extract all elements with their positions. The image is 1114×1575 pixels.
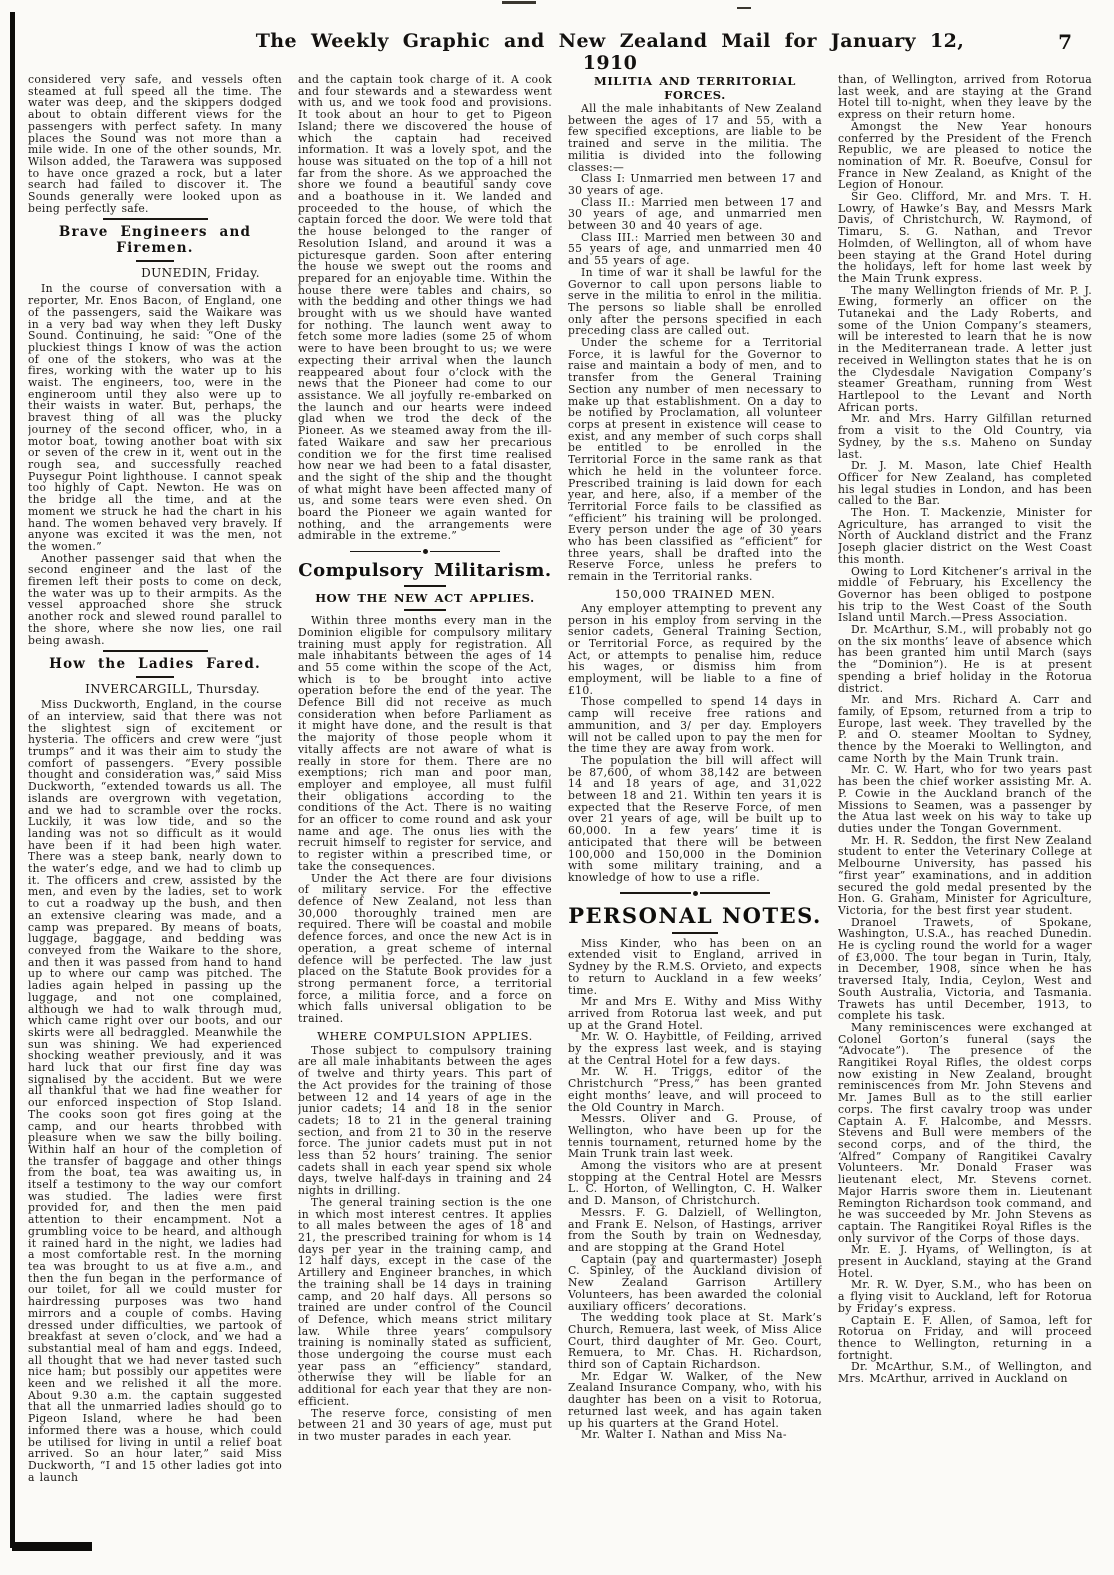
heading-rule xyxy=(136,676,174,678)
article-paragraph: considered very safe, and vessels often … xyxy=(28,74,282,214)
sub-heading: WHERE COMPULSION APPLIES. xyxy=(298,1029,552,1043)
article-paragraph: Dr. McArthur, S.M., will probably not go… xyxy=(838,624,1092,694)
article-paragraph: Dr. McArthur, S.M., of Wellington, and M… xyxy=(838,1361,1092,1384)
dateline: DUNEDIN, Friday. xyxy=(28,266,282,280)
newspaper-page: The Weekly Graphic and New Zealand Mail … xyxy=(0,0,1114,1575)
article-paragraph: In the course of conversation with a rep… xyxy=(28,283,282,552)
article-paragraph: Captain (pay and quartermaster) Joseph C… xyxy=(568,1254,822,1313)
article-paragraph: Mr. H. R. Seddon, the first New Zealand … xyxy=(838,835,1092,917)
section-heading: Brave Engineers and Firemen. xyxy=(28,224,282,256)
article-paragraph: Class II.: Married men between 17 and 30… xyxy=(568,197,822,232)
article-paragraph: Under the Act there are four divisions o… xyxy=(298,873,552,1025)
article-paragraph: Miss Duckworth, England, in the course o… xyxy=(28,699,282,1483)
article-paragraph: Those compelled to spend 14 days in camp… xyxy=(568,696,822,755)
article-paragraph: Captain E. F. Allen, of Samoa, left for … xyxy=(838,1315,1092,1362)
scan-artifact xyxy=(502,1,536,4)
article-paragraph: Mr and Mrs E. Withy and Miss Withy arriv… xyxy=(568,996,822,1031)
section-divider xyxy=(350,549,500,554)
article-paragraph: and the captain took charge of it. A coo… xyxy=(298,74,552,542)
section-divider xyxy=(620,891,770,896)
dateline: INVERCARGILL, Thursday. xyxy=(28,682,282,696)
article-paragraph: Miss Kinder, who has been on an extended… xyxy=(568,938,822,997)
article-paragraph: All the male inhabitants of New Zealand … xyxy=(568,103,822,173)
article-paragraph: Mr. W. H. Triggs, editor of the Christch… xyxy=(568,1066,822,1113)
scan-artifact xyxy=(737,7,751,9)
article-paragraph: Within three months every man in the Dom… xyxy=(298,615,552,872)
heading-rule xyxy=(404,609,446,611)
article-paragraph: Mr. and Mrs. Harry Gilfillan returned fr… xyxy=(838,413,1092,460)
article-paragraph: Those subject to compulsory training are… xyxy=(298,1045,552,1197)
article-paragraph: Dr. J. M. Mason, late Chief Health Offic… xyxy=(838,460,1092,507)
article-paragraph: Mr. R. W. Dyer, S.M., who has been on a … xyxy=(838,1279,1092,1314)
heading-rule xyxy=(103,218,208,220)
article-paragraph: The many Wellington friends of Mr. P. J.… xyxy=(838,285,1092,414)
sub-heading: HOW THE NEW ACT APPLIES. xyxy=(298,591,552,605)
article-paragraph: In time of war it shall be lawful for th… xyxy=(568,267,822,337)
article-paragraph: Owing to Lord Kitchener’s arrival in the… xyxy=(838,566,1092,625)
masthead-title: The Weekly Graphic and New Zealand Mail … xyxy=(240,30,980,74)
article-paragraph: Mr. E. J. Hyams, of Wellington, is at pr… xyxy=(838,1244,1092,1279)
article-paragraph: Among the visitors who are at present st… xyxy=(568,1160,822,1207)
article-paragraph: Many reminiscences were exchanged at Col… xyxy=(838,1022,1092,1244)
article-paragraph: Mr. Walter I. Nathan and Miss Na- xyxy=(568,1429,822,1441)
article-title: Compulsory Militarism. xyxy=(298,560,552,581)
article-title: PERSONAL NOTES. xyxy=(568,903,822,928)
heading-rule xyxy=(136,260,174,262)
article-paragraph: Messrs. F. G. Dalziell, of Wellington, a… xyxy=(568,1207,822,1254)
page-number: 7 xyxy=(1058,30,1072,54)
article-paragraph: Mr. W. O. Haybittle, of Feilding, arrive… xyxy=(568,1031,822,1066)
article-paragraph: Under the scheme for a Territorial Force… xyxy=(568,337,822,583)
article-columns: considered very safe, and vessels often … xyxy=(28,74,1094,1552)
article-paragraph: than, of Wellington, arrived from Rotoru… xyxy=(838,74,1092,121)
article-paragraph: Sir Geo. Clifford, Mr. and Mrs. T. H. Lo… xyxy=(838,191,1092,285)
article-paragraph: The reserve force, consisting of men bet… xyxy=(298,1408,552,1443)
sub-heading: MILITIA AND TERRITORIAL FORCES. xyxy=(568,74,822,102)
article-paragraph: Any employer attempting to prevent any p… xyxy=(568,603,822,697)
article-paragraph: The wedding took place at St. Mark’s Chu… xyxy=(568,1312,822,1371)
article-paragraph: Mr. and Mrs. Richard A. Carr and family,… xyxy=(838,694,1092,764)
article-paragraph: Amongst the New Year honours conferred b… xyxy=(838,121,1092,191)
column-4: than, of Wellington, arrived from Rotoru… xyxy=(838,74,1092,1552)
article-paragraph: The general training section is the one … xyxy=(298,1197,552,1408)
heading-rule xyxy=(404,585,446,587)
divider-dot xyxy=(423,549,428,554)
article-paragraph: The Hon. T. Mackenzie, Minister for Agri… xyxy=(838,507,1092,566)
section-heading: How the Ladies Fared. xyxy=(28,656,282,672)
sub-heading: 150,000 TRAINED MEN. xyxy=(568,587,822,601)
article-paragraph: Mr. Edgar W. Walker, of the New Zealand … xyxy=(568,1371,822,1430)
article-paragraph: Another passenger said that when the sec… xyxy=(28,553,282,647)
heading-rule xyxy=(103,650,208,652)
page-left-border-rule xyxy=(10,12,15,1548)
column-2: and the captain took charge of it. A coo… xyxy=(298,74,552,1552)
article-paragraph: The population the bill will affect will… xyxy=(568,755,822,884)
article-paragraph: Messrs. Oliver and G. Prouse, of Welling… xyxy=(568,1113,822,1160)
heading-rule xyxy=(672,932,718,934)
article-paragraph: Class I: Unmarried men between 17 and 30… xyxy=(568,173,822,196)
divider-dot xyxy=(693,891,698,896)
column-1: considered very safe, and vessels often … xyxy=(28,74,282,1552)
article-paragraph: Class III.: Married men between 30 and 5… xyxy=(568,232,822,267)
column-3: MILITIA AND TERRITORIAL FORCES.All the m… xyxy=(568,74,822,1552)
article-paragraph: Mr. C. W. Hart, who for two years past h… xyxy=(838,764,1092,834)
article-paragraph: Dranoel Trawets, of Spokane, Washington,… xyxy=(838,917,1092,1022)
